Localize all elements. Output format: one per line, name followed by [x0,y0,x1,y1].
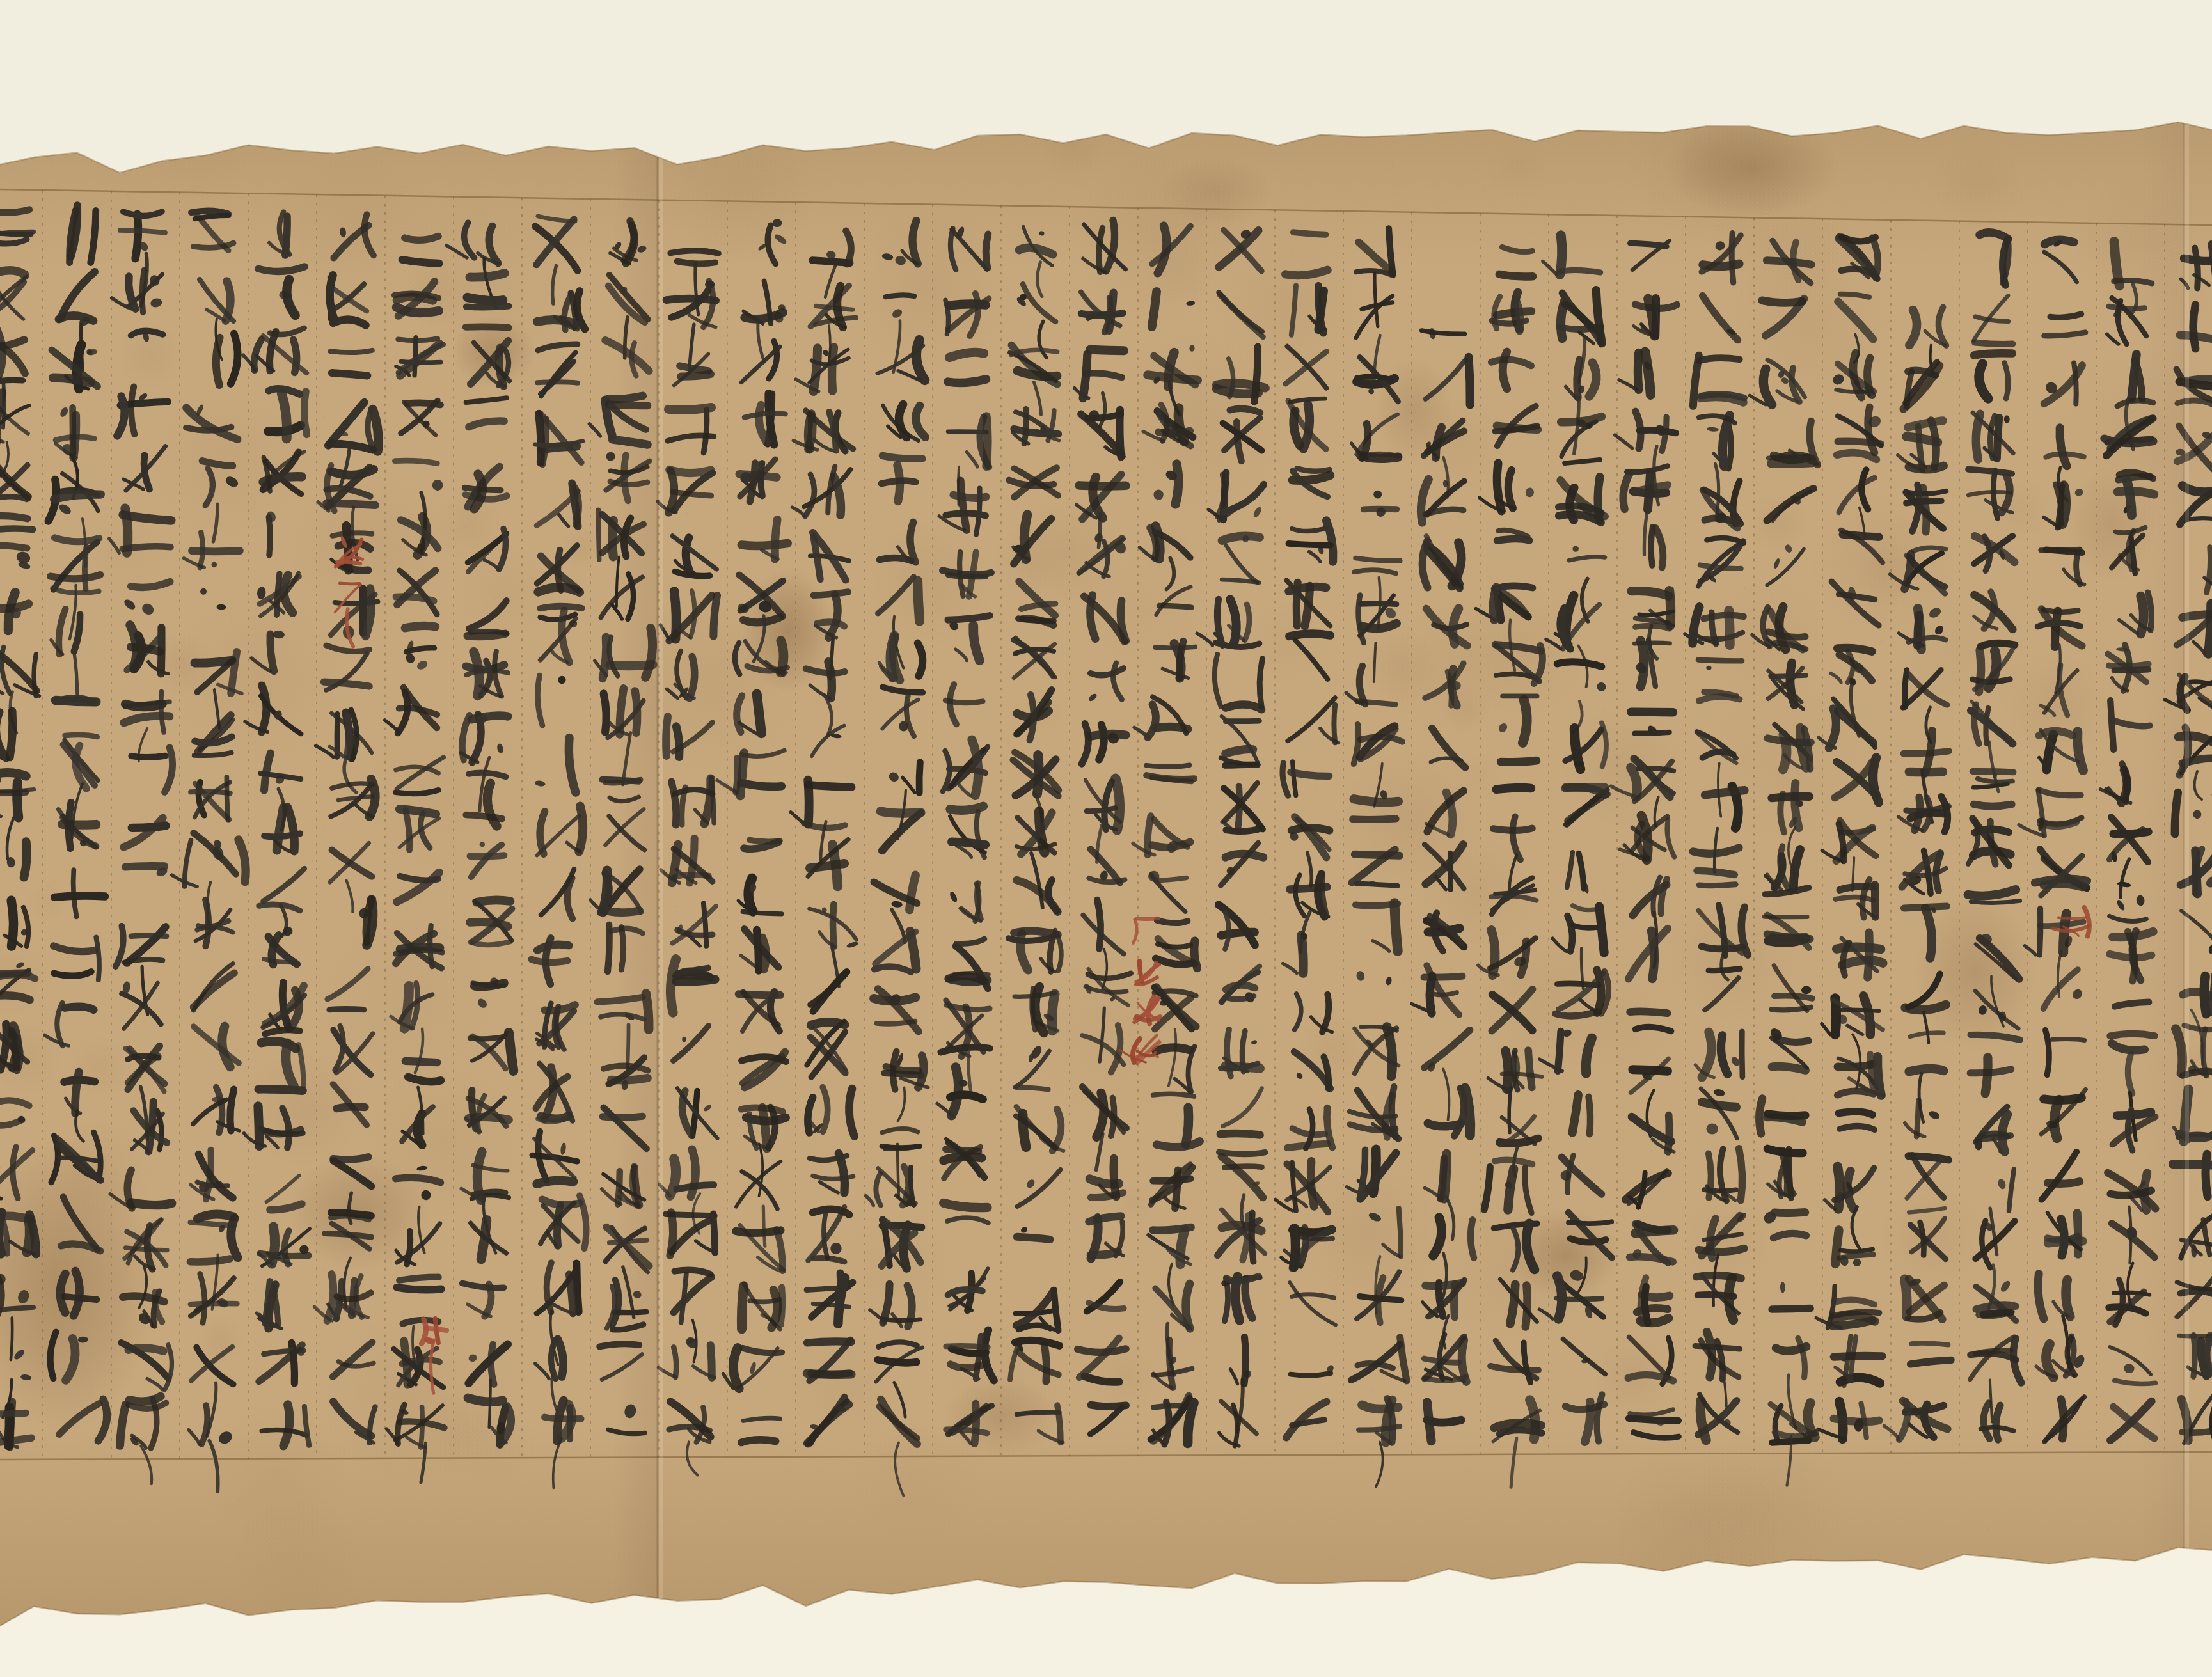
manuscript-scan [0,0,2212,1677]
manuscript-scroll-canvas [0,0,2212,1677]
